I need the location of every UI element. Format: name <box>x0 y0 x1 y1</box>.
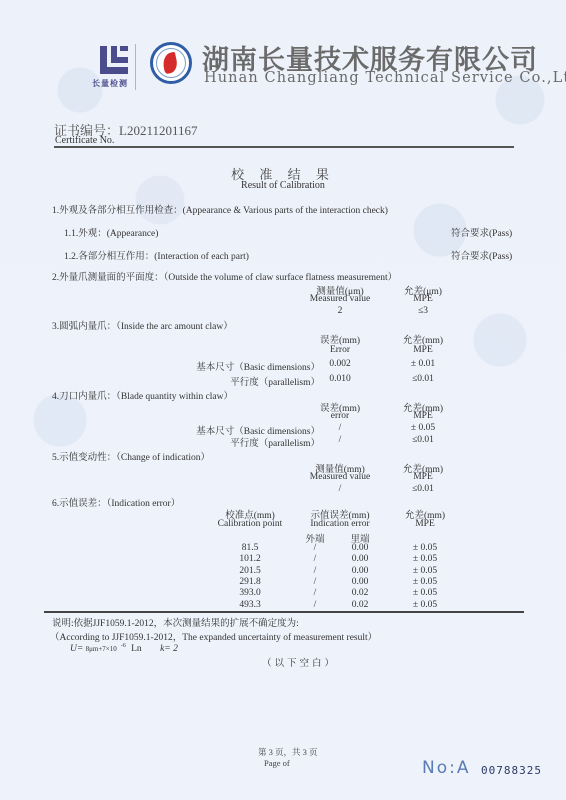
section-3-col-b-cn: 允差(mm) <box>378 332 468 346</box>
section-6-row-outer-error: / <box>290 588 340 598</box>
section-2-value: 2 <box>300 306 380 316</box>
company-name-en: Hunan Changliang Technical Service Co.,L… <box>204 70 566 86</box>
section-6-row-inner-error: 0.00 <box>335 554 385 564</box>
emblem-icon <box>150 42 192 84</box>
section-6-row-mpe: ± 0.05 <box>385 554 465 564</box>
section-3-row-1-value: 0.002 <box>300 359 380 369</box>
serial-number: 00788325 <box>481 764 542 777</box>
formula-ln: Ln <box>131 644 142 654</box>
section-6-row-calibration-point: 493.3 <box>210 600 290 610</box>
section-6-row-outer-error: / <box>290 566 340 576</box>
section-4-row-2-label: 平行度（parallelism） <box>120 435 320 449</box>
section-6-col-mpe-en: MPE <box>385 519 465 529</box>
section-6-row-outer-error: / <box>290 554 340 564</box>
section-2-col-b-en: MPE <box>378 294 468 304</box>
section-5-heading: 5.示值变动性：（Change of indication） <box>52 449 210 463</box>
section-6-heading: 6.示值误差：（Indication error） <box>52 495 180 509</box>
section-3-row-2-mpe: ≤0.01 <box>378 374 468 384</box>
formula-expr: 8μm+7×10 <box>86 645 117 653</box>
section-1-1-result: 符合要求(Pass) <box>451 225 512 239</box>
section-4-col-a-en: error <box>300 411 380 421</box>
section-4-heading: 4.刀口内量爪：（Blade quantity within claw） <box>52 388 233 402</box>
section-5-mpe: ≤0.01 <box>378 484 468 494</box>
section-3-col-a-cn: 误差(mm) <box>300 332 380 346</box>
blank-below-note: （以下空白） <box>262 655 337 669</box>
section-4-row-1-mpe: ± 0.05 <box>378 423 468 433</box>
section-6-row-mpe: ± 0.05 <box>385 588 465 598</box>
notes-en: （According to JJF1059.1-2012，The expande… <box>50 629 377 643</box>
page-indicator-cn: 第 3 页，共 3 页 <box>258 746 318 758</box>
logo-divider <box>135 44 136 90</box>
section-6-row-calibration-point: 291.8 <box>210 577 290 587</box>
certificate-page: 长量检测 湖南长量技术服务有限公司 Hunan Changliang Techn… <box>0 0 566 800</box>
section-2-col-a-en: Measured value <box>300 294 380 304</box>
logo-text: 长量检测 <box>92 78 128 89</box>
section-3-row-2-label: 平行度（parallelism） <box>120 374 320 388</box>
section-6-row-inner-error: 0.00 <box>335 543 385 553</box>
certificate-number-value: L20211201167 <box>119 123 197 138</box>
section-4-col-b-en: MPE <box>378 411 468 421</box>
section-6-row-outer-error: / <box>290 600 340 610</box>
section-4-row-2-value: / <box>300 435 380 445</box>
section-6-row-mpe: ± 0.05 <box>385 600 465 610</box>
formula-exp: -6 <box>121 643 126 649</box>
section-2-mpe: ≤3 <box>378 306 468 316</box>
section-6-row-inner-error: 0.00 <box>335 566 385 576</box>
section-3-col-b-en: MPE <box>378 345 468 355</box>
section-1-heading: 1.外观及各部分相互作用检查：(Appearance & Various par… <box>52 202 388 216</box>
notes-divider <box>44 611 524 613</box>
section-6-row-mpe: ± 0.05 <box>385 577 465 587</box>
section-5-col-a-en: Measured value <box>300 472 380 482</box>
section-6-row-calibration-point: 201.5 <box>210 566 290 576</box>
uncertainty-formula: U= 8μm+7×10-6 Ln k= 2 <box>70 643 178 654</box>
notes-cn: 说明:依据JJF1059.1-2012，本次测量结果的扩展不确定度为: <box>52 615 299 629</box>
section-5-value: / <box>300 484 380 494</box>
section-1-2-label: 1.2.各部分相互作用：(Interaction of each part) <box>64 248 249 262</box>
serial-label: No:A <box>422 758 470 778</box>
section-4-row-1-value: / <box>300 423 380 433</box>
section-6-row-calibration-point: 101.2 <box>210 554 290 564</box>
section-3-row-2-value: 0.010 <box>300 374 380 384</box>
section-6-row-calibration-point: 81.5 <box>210 543 290 553</box>
section-5-col-b-en: MPE <box>378 472 468 482</box>
certificate-number-label-en: Certificate No. <box>55 135 114 146</box>
changliang-logo-icon <box>100 46 128 74</box>
section-6-row-mpe: ± 0.05 <box>385 543 465 553</box>
section-6-row-calibration-point: 393.0 <box>210 588 290 598</box>
section-6-row-inner-error: 0.00 <box>335 577 385 587</box>
section-1-1-label: 1.1.外观：(Appearance) <box>64 225 158 239</box>
section-6-row-inner-error: 0.02 <box>335 588 385 598</box>
section-3-col-a-en: Error <box>300 345 380 355</box>
section-6-row-inner-error: 0.02 <box>335 600 385 610</box>
page-indicator-en: Page of <box>264 758 290 768</box>
section-2-heading: 2.外量爪测量面的平面度：（Outside the volume of claw… <box>52 269 397 283</box>
section-3-row-1-mpe: ± 0.01 <box>378 359 468 369</box>
section-3-heading: 3.圆弧内量爪：（Inside the arc amount claw） <box>52 318 233 332</box>
formula-u: U= <box>70 644 83 654</box>
section-6-col-cp-en: Calibration point <box>210 519 290 529</box>
section-6-row-mpe: ± 0.05 <box>385 566 465 576</box>
section-1-2-result: 符合要求(Pass) <box>451 248 512 262</box>
page-title-en: Result of Calibration <box>0 180 566 191</box>
formula-k: k= 2 <box>160 644 178 654</box>
section-6-row-outer-error: / <box>290 543 340 553</box>
header-divider <box>54 146 514 148</box>
section-6-col-ie-en: Indication error <box>290 519 390 529</box>
section-3-row-1-label: 基本尺寸（Basic dimensions） <box>120 359 320 373</box>
section-4-row-2-mpe: ≤0.01 <box>378 435 468 445</box>
section-6-row-outer-error: / <box>290 577 340 587</box>
